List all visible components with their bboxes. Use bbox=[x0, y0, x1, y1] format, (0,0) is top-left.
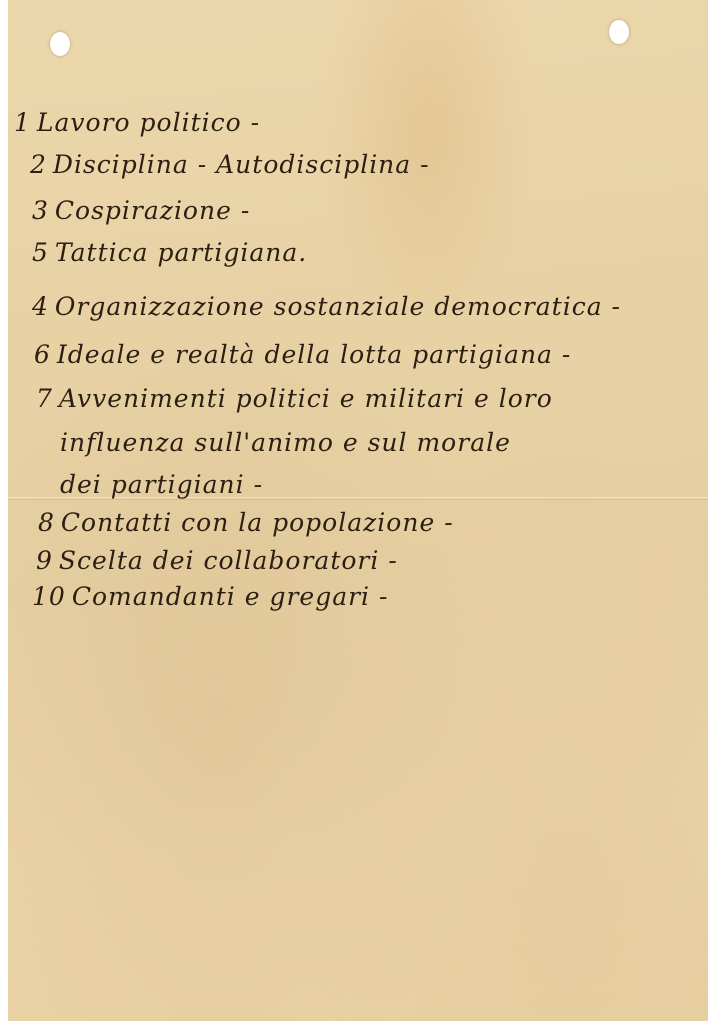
item-text: Tattica partigiana. bbox=[55, 238, 307, 267]
item-text: Organizzazione sostanziale democratica - bbox=[55, 292, 621, 321]
list-item: 2Disciplina - Autodisciplina - bbox=[30, 150, 430, 179]
item-text: Comandanti e gregari - bbox=[72, 582, 389, 611]
punch-hole-right bbox=[609, 20, 629, 44]
list-item: 10Comandanti e gregari - bbox=[32, 582, 388, 611]
item-number: 4 bbox=[32, 292, 49, 321]
item-number: 2 bbox=[30, 150, 47, 179]
item-text: Disciplina - Autodisciplina - bbox=[53, 150, 430, 179]
list-item: 4Organizzazione sostanziale democratica … bbox=[32, 292, 621, 321]
item-text: Contatti con la popolazione - bbox=[61, 508, 454, 537]
list-item-continuation: dei partigiani - bbox=[60, 470, 263, 499]
item-text: Avvenimenti politici e militari e loro bbox=[59, 384, 553, 413]
item-text: influenza sull'animo e sul morale bbox=[60, 428, 511, 457]
punch-hole-left bbox=[50, 32, 70, 56]
item-text: Scelta dei collaboratori - bbox=[59, 546, 398, 575]
item-number: 10 bbox=[32, 582, 66, 611]
item-number: 7 bbox=[36, 384, 53, 413]
list-item: 9Scelta dei collaboratori - bbox=[36, 546, 398, 575]
list-item: 8Contatti con la popolazione - bbox=[38, 508, 454, 537]
item-number: 6 bbox=[34, 340, 51, 369]
list-item: 6Ideale e realtà della lotta partigiana … bbox=[34, 340, 571, 369]
item-text: Cospirazione - bbox=[55, 196, 250, 225]
list-item: 5Tattica partigiana. bbox=[32, 238, 307, 267]
item-text: Ideale e realtà della lotta partigiana - bbox=[57, 340, 571, 369]
list-item: 3Cospirazione - bbox=[32, 196, 250, 225]
list-item: 7Avvenimenti politici e militari e loro bbox=[36, 384, 553, 413]
item-number: 5 bbox=[32, 238, 49, 267]
item-number: 1 bbox=[14, 108, 31, 137]
item-number: 3 bbox=[32, 196, 49, 225]
item-text: Lavoro politico - bbox=[37, 108, 260, 137]
list-item: 1Lavoro politico - bbox=[14, 108, 260, 137]
item-number: 9 bbox=[36, 546, 53, 575]
item-number: 8 bbox=[38, 508, 55, 537]
item-text: dei partigiani - bbox=[60, 470, 263, 499]
list-item-continuation: influenza sull'animo e sul morale bbox=[60, 428, 511, 457]
